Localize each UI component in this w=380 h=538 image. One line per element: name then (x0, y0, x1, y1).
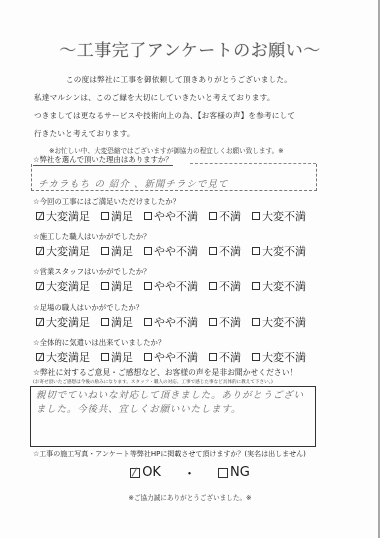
checkbox-icon[interactable] (144, 318, 152, 326)
option-satisfied[interactable]: 満足 (101, 314, 133, 330)
checkbox-icon[interactable] (252, 212, 260, 220)
checkbox-icon[interactable] (144, 212, 152, 220)
checkbox-icon[interactable] (101, 318, 109, 326)
option-somewhat-dissatisfied[interactable]: やや不満 (144, 278, 198, 294)
option-very-dissatisfied[interactable]: 大変不満 (252, 208, 306, 224)
option-dissatisfied[interactable]: 不満 (209, 243, 241, 259)
option-very-satisfied[interactable]: 大変満足 (36, 278, 90, 294)
option-somewhat-dissatisfied[interactable]: やや不満 (144, 349, 198, 365)
separator: ・ (183, 463, 196, 482)
checkbox-icon[interactable] (252, 318, 260, 326)
publish-question: ☆工事の施工写真・アンケート等弊社HPに掲載させて頂けますか？(実名は出しません… (33, 449, 306, 459)
checkbox-icon[interactable] (209, 212, 217, 220)
checkbox-icon[interactable] (101, 212, 109, 220)
option-very-dissatisfied[interactable]: 大変不満 (252, 314, 306, 330)
intro-line-4: 行きたいと考えております。 (34, 128, 135, 139)
option-dissatisfied[interactable]: 不満 (209, 208, 241, 224)
checkbox-icon[interactable] (101, 282, 109, 290)
checkbox-icon[interactable] (209, 318, 217, 326)
rating-question-5: ☆全体的に気遣いは出来ていましたか？ (33, 337, 165, 348)
rating-row-3: 大変満足 満足 やや不満 不満 大変不満 (36, 278, 306, 294)
checkbox-checked-icon[interactable] (36, 282, 44, 290)
checkbox-checked-icon[interactable] (36, 318, 44, 326)
rating-question-4: ☆足場の職人はいかがでしたか？ (33, 302, 143, 313)
checkbox-icon[interactable] (101, 247, 109, 255)
thanks-note: ※ご協力誠にありがとうございました。※ (0, 492, 380, 502)
rating-question-3: ☆営業スタッフはいかがでしたか？ (33, 266, 151, 277)
option-satisfied[interactable]: 満足 (101, 349, 133, 365)
checkbox-icon[interactable] (209, 247, 217, 255)
option-dissatisfied[interactable]: 不満 (209, 349, 241, 365)
option-very-satisfied[interactable]: 大変満足 (36, 208, 90, 224)
publish-options: OK ・ NG (0, 463, 380, 482)
checkbox-icon[interactable] (252, 247, 260, 255)
reason-answer: チカラもち の 紹介 、新聞チラシで見て (38, 176, 228, 190)
rating-question-1: ☆今回の工事にはご満足いただけましたか？ (33, 196, 180, 207)
option-somewhat-dissatisfied[interactable]: やや不満 (144, 208, 198, 224)
option-very-dissatisfied[interactable]: 大変不満 (252, 349, 306, 365)
checkbox-checked-icon[interactable] (36, 353, 44, 361)
rating-row-4: 大変満足 満足 やや不満 不満 大変不満 (36, 314, 306, 330)
checkbox-icon[interactable] (218, 468, 228, 478)
checkbox-icon[interactable] (209, 353, 217, 361)
checkbox-icon[interactable] (144, 282, 152, 290)
intro-line-1: この度は弊社に工事を御依頼して頂きありがとうございました。 (66, 74, 292, 85)
checkbox-icon[interactable] (252, 282, 260, 290)
checkbox-checked-icon[interactable] (130, 468, 140, 478)
option-very-satisfied[interactable]: 大変満足 (36, 349, 90, 365)
rating-row-1: 大変満足 満足 やや不満 不満 大変不満 (36, 208, 306, 224)
rating-row-5: 大変満足 満足 やや不満 不満 大変不満 (36, 349, 306, 365)
intro-line-3: つきましては更なるサービスや技術向上の為、【お客様の声】を参考にして (34, 110, 295, 121)
option-somewhat-dissatisfied[interactable]: やや不満 (144, 243, 198, 259)
checkbox-icon[interactable] (101, 353, 109, 361)
intro-line-2: 私達マルシンは、このご縁を大切にしていきたいと考えております。 (34, 92, 275, 103)
page-title: ～工事完了アンケートのお願い～ (0, 36, 380, 61)
checkbox-checked-icon[interactable] (36, 212, 44, 220)
option-satisfied[interactable]: 満足 (101, 208, 133, 224)
feedback-answer: 親切でていねいな対応して頂きました。ありがとうございました。今後共、宜しくお願い… (36, 389, 312, 417)
checkbox-icon[interactable] (252, 353, 260, 361)
feedback-question: ☆弊社に対するご意見・ご感想など、お客様の声を是非お聞かせください！ (33, 367, 297, 378)
option-somewhat-dissatisfied[interactable]: やや不満 (144, 314, 198, 330)
checkbox-icon[interactable] (144, 247, 152, 255)
option-very-satisfied[interactable]: 大変満足 (36, 314, 90, 330)
checkbox-checked-icon[interactable] (36, 247, 44, 255)
feedback-subnote: (お寄せ頂いたご感想は今後の励みになります。スタッフ・職人の対応、工事で感じた事… (33, 379, 273, 385)
option-dissatisfied[interactable]: 不満 (209, 278, 241, 294)
option-satisfied[interactable]: 満足 (101, 243, 133, 259)
rating-row-2: 大変満足 満足 やや不満 不満 大変不満 (36, 243, 306, 259)
checkbox-icon[interactable] (209, 282, 217, 290)
option-ok[interactable]: OK (130, 463, 161, 482)
option-satisfied[interactable]: 満足 (101, 278, 133, 294)
option-very-dissatisfied[interactable]: 大変不満 (252, 278, 306, 294)
option-very-dissatisfied[interactable]: 大変不満 (252, 243, 306, 259)
option-ng[interactable]: NG (218, 463, 250, 482)
checkbox-icon[interactable] (144, 353, 152, 361)
option-very-satisfied[interactable]: 大変満足 (36, 243, 90, 259)
option-dissatisfied[interactable]: 不満 (209, 314, 241, 330)
rating-question-2: ☆施工した職人はいかがでしたか？ (33, 231, 151, 242)
